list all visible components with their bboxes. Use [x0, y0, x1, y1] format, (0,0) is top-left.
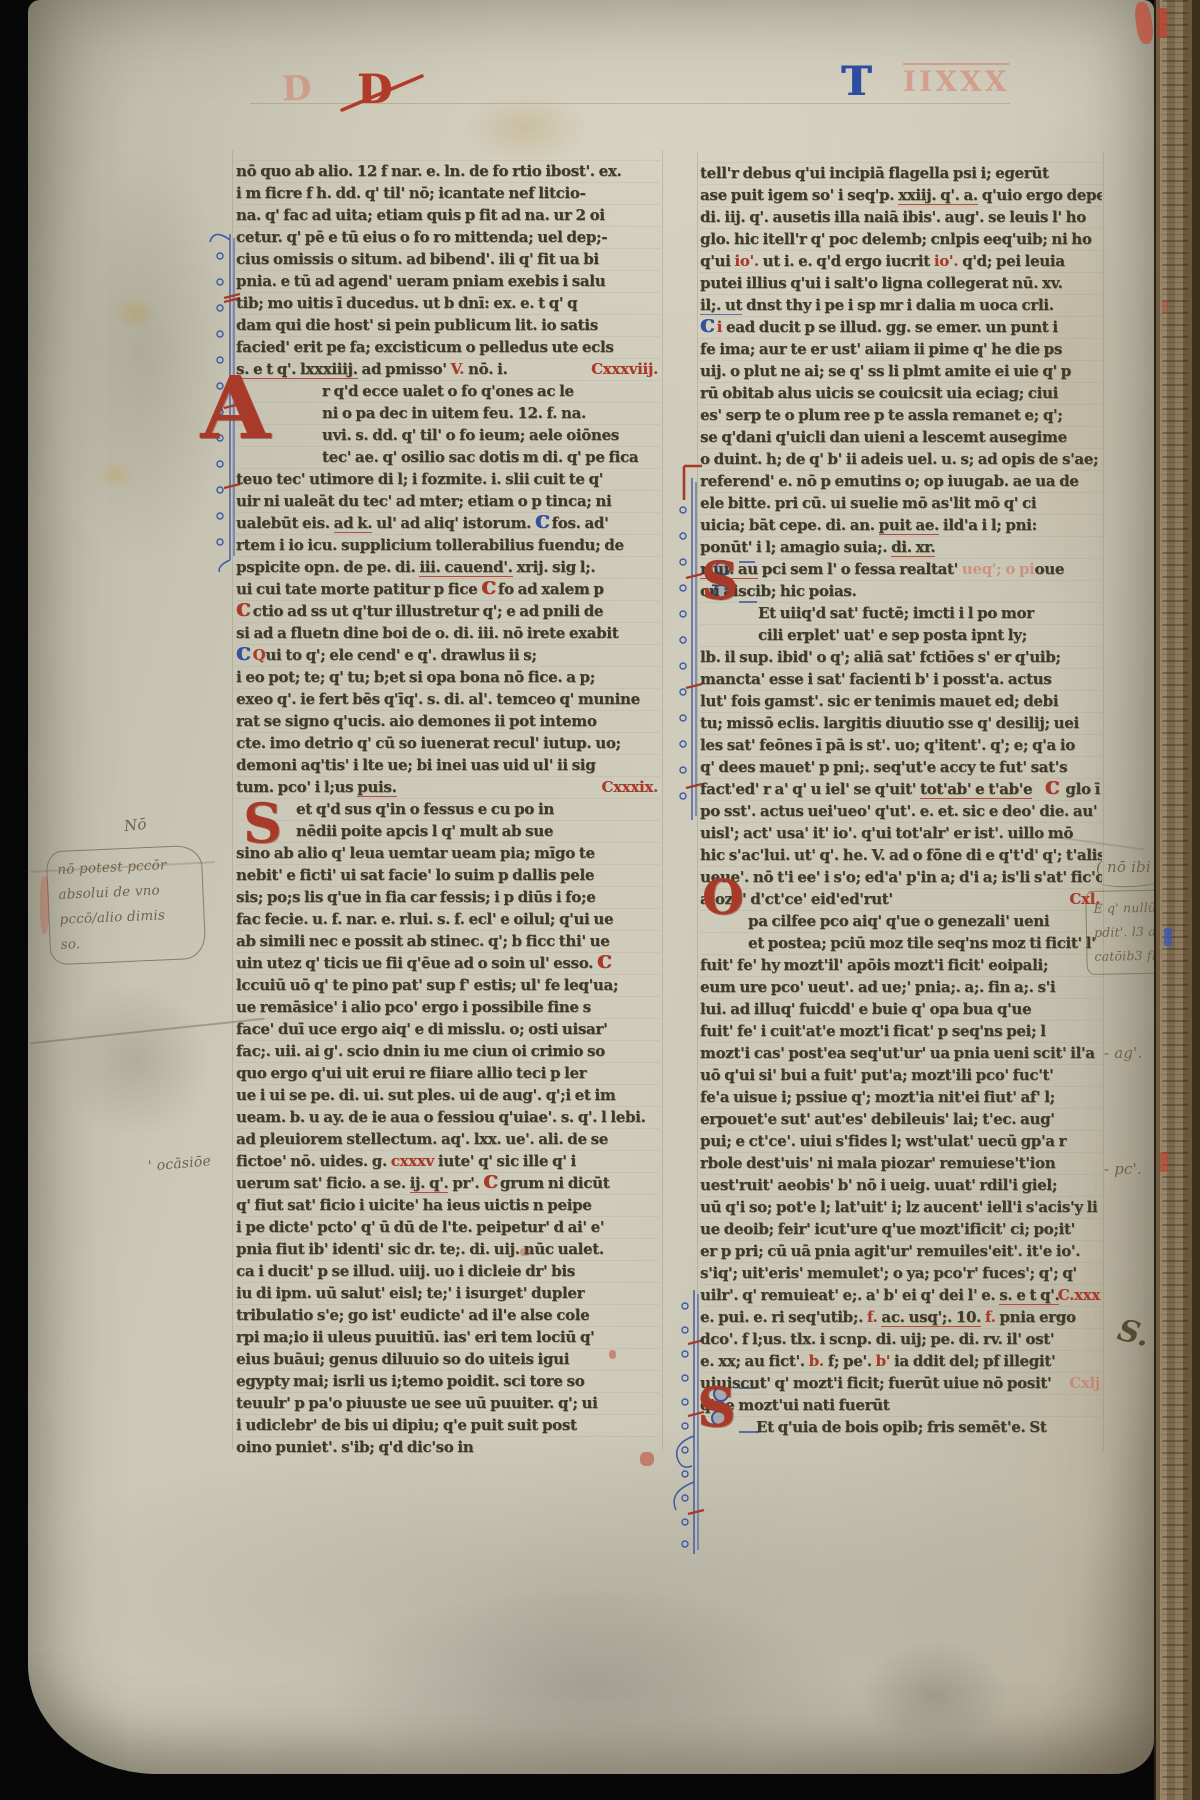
ink-text: mancta' esse i sat' facienti b' i posst'…	[700, 670, 1051, 688]
ink-text: ue i ui se pe. di. ui. sut ples. ui de a…	[236, 1086, 615, 1104]
margin-note-pc: - pc'.	[1104, 1160, 1142, 1178]
text-line: quo ergo q'ui uit erui re fiiare allio t…	[236, 1062, 660, 1084]
ink-text: face' duī uce ergo aiq' e di misslu. o; …	[236, 1020, 607, 1038]
text-line: ase puit igem so' i seq'p. xxiij. q'. a.…	[700, 184, 1102, 206]
text-line: egypty mai; isrli us i;temo poidit. sci …	[236, 1370, 660, 1392]
ruling-line	[1103, 152, 1104, 1452]
header-letter-blue: T	[841, 62, 871, 102]
ink-text: tu; missō eclis. largitis diuutio sse q'…	[700, 714, 1079, 732]
ink-text: lui. ad illuq' fuicdd' e buie q' opa bua…	[700, 1000, 1031, 1018]
ink-text: teuulr' p pa'o piuuste ue see uū puuiter…	[236, 1394, 598, 1412]
text-line: aloze' d'ct'ce' eid'ed'rut'Cxl.	[700, 888, 1102, 910]
text-line: uest'ruit' aeobis' b' nō i ueig. uuat' r…	[700, 1174, 1102, 1196]
ink-text: e. xx; au fict'.	[700, 1352, 809, 1370]
text-line: i eo pot; te; q' tu; b;et si opa bona nō…	[236, 666, 660, 688]
text-line: nebit' e ficti' ui sat facie' lo suim p …	[236, 864, 660, 886]
text-line: e. pui. e. ri seq'utib;. f. ac. usq';. 1…	[700, 1306, 1102, 1328]
ink-text: fac fecie. u. f. nar. e. rlui. s. f. ecl…	[236, 910, 613, 928]
rubric-text: cxxxv	[391, 1152, 434, 1170]
ink-text: ead ducit p se illud. gg. se emer. un pu…	[722, 318, 1058, 336]
decorated-initial-A: A	[200, 366, 270, 452]
text-line: teuo tec' utimore di l; i fozmite. i. sl…	[236, 468, 660, 490]
text-line: q'ui io'. ut i. e. q'd ergo iucrit io'. …	[700, 250, 1102, 272]
blue-text: C	[700, 317, 717, 337]
ink-text: fuit' fe' hy mozt'il' apōis mozt'i ficit…	[700, 956, 1048, 974]
ink-text: cili erplet' uat' e sep posta ipnt ly;	[758, 626, 1027, 644]
ink-text: s. e t q'.	[999, 1286, 1059, 1305]
text-line: se q'dani q'uicli dan uieni a lescemt au…	[700, 426, 1102, 448]
text-line: ele bitte. pri cū. ui suelie mō as'lit m…	[700, 492, 1102, 514]
text-line: q'ue mozt'ui nati fuerūt	[700, 1394, 1102, 1416]
ink-text: uū q'i so; pot'e l; lat'uit' i; lz aucen…	[700, 1198, 1097, 1216]
text-line: il;. ut dnst thy i pe i sp mr i dalia m …	[700, 294, 1102, 316]
ink-text: demoni aq'tis' i lte ue; bi inei uas uid…	[236, 756, 595, 774]
ink-text: oue	[1035, 560, 1065, 578]
text-line: sino ab alio q' leua uemtar ueam pia; mī…	[236, 842, 660, 864]
ink-text: ild'a i l; pni:	[939, 516, 1037, 534]
ink-text: se q'dani q'uicli dan uieni a lescemt au…	[700, 428, 1067, 446]
ink-text: po sst'. actus uei'ueo' q'ut'. e. et. si…	[700, 802, 1097, 820]
text-line: o duint. h; de q' b' ii adeis uel. u. s;…	[700, 448, 1102, 470]
ink-text: na. q' fac ad uita; etiam quis p fit ad …	[236, 206, 605, 224]
ink-text: r q'd ecce ualet o fo q'ones ac le	[322, 382, 574, 400]
ink-text: q'd; pei leuia	[958, 252, 1065, 270]
ink-text: pci sem l' o fessa realtat'	[758, 560, 962, 578]
ink-text: ueam. b. u ay. de ie aua o fessiou q'uia…	[236, 1108, 646, 1126]
text-line: lui. ad illuq' fuicdd' e buie q' opa bua…	[700, 998, 1102, 1020]
text-line: exeo q'. ie fert bēs q'īq'. s. di. al'. …	[236, 688, 660, 710]
text-line: sis; po;s lis q'ue in fia car fessis; i …	[236, 886, 660, 908]
ink-text: uisl'; act' usa' it' io'. q'ui tot'alr' …	[700, 824, 1073, 842]
text-line: lb. il sup. ibid' o q'; aliā sat' fctiōe…	[700, 646, 1102, 668]
text-line: erpouet'e sut' aut'es' debileuis' lai; t…	[700, 1108, 1102, 1130]
ink-text: ni o pa dec in uitem feu. 12. f. na.	[322, 404, 586, 422]
page-edge-texture	[1162, 0, 1188, 1800]
ink-text: dam qui die host' si pein publicum lit. …	[236, 316, 598, 334]
text-line: hic s'ac'lui. ut' q'. he. V. ad o fōne d…	[700, 844, 1102, 866]
ink-text: iii. cauend'.	[419, 558, 512, 577]
ink-text: ue remāsice' i alio pco' ergo i possibil…	[236, 998, 591, 1016]
header-folio-number-faded: IIXXX	[903, 68, 1009, 96]
ink-text: uō q'ui si' bui a fuit' put'a; mozt'ili …	[700, 1066, 1053, 1084]
ink-text: tib; mo uitis ī ducedus. ut b dnī: ex. e…	[236, 294, 577, 312]
ink-text: ue deoib; feir' icut'ure q'ue mozt'ifici…	[700, 1220, 1075, 1238]
margin-note-no: Nō	[123, 815, 147, 835]
text-line: tell'r debus q'ui incipiā flagella psi i…	[700, 162, 1102, 184]
ink-text: oino puniet'. s'ib; q'd dic'so in	[236, 1438, 473, 1456]
ink-text: Et uiiq'd sat' fuctē; imcti i l po mor	[758, 604, 1034, 622]
text-line: iu di ipm. uū salut' eisl; te;' i isurge…	[236, 1282, 660, 1304]
ink-text: nebit' e ficti' ui sat facie' lo suim p …	[236, 866, 594, 884]
ink-text: ase puit igem so' i seq'p.	[700, 186, 898, 204]
text-line: glo. hic itell'r q' poc delemb; cnlpis e…	[700, 228, 1102, 250]
ink-text: quo ergo q'ui uit erui re fiiare allio t…	[236, 1064, 586, 1082]
ink-text: rtem i io icu. supplicium tollerabilius …	[236, 536, 624, 554]
ink-text: ca i ducit' p se illud. uiij. uo i dicle…	[236, 1262, 575, 1280]
ink-text: uest'ruit' aeobis' b' nō i ueig. uuat' r…	[700, 1176, 1057, 1194]
text-line: cili erplet' uat' e sep posta ipnt ly;	[700, 624, 1102, 646]
text-line: q' fiut sat' ficio i uicite' ha ieus uic…	[236, 1194, 660, 1216]
ink-text: glo ī	[1061, 780, 1100, 798]
text-line: rat se signo q'ucis. aio demones ii pot …	[236, 710, 660, 732]
ink-text: uerum sat' ficio. a se.	[236, 1174, 410, 1192]
ink-text: uvi. s. dd. q' til' o fo ieum; aele oiōn…	[322, 426, 619, 444]
text-line: uisl'; act' usa' it' io'. q'ui tot'alr' …	[700, 822, 1102, 844]
ink-text: tell'r debus q'ui incipiā flagella psi i…	[700, 164, 1049, 182]
ink-text: ualebūt eis.	[236, 514, 334, 532]
ink-text: ad pmisso'	[358, 360, 451, 378]
ink-text: f; pe'.	[824, 1352, 876, 1370]
rubric-text: b'	[876, 1352, 890, 1370]
ink-text: uicia; bāt cepe. di. an.	[700, 516, 879, 534]
decorated-initial-S: S	[701, 556, 739, 608]
text-line: fictoe' nō. uides. g. cxxxv iute' q' sic…	[236, 1150, 660, 1172]
rubric-text: C	[481, 579, 498, 599]
ink-text: hic s'ac'lui. ut' q'. he. V. ad o fōne d…	[700, 846, 1102, 864]
text-line: CQui to q'; ele cend' e q'. drawlus ii s…	[236, 644, 660, 666]
ink-text: rat se signo q'ucis. aio demones ii pot …	[236, 712, 597, 730]
ink-text: facied' erit pe fa; excisticum o pelledu…	[236, 338, 614, 356]
text-line: po sst'. actus uei'ueo' q'ut'. e. et. si…	[700, 800, 1102, 822]
rubric-text: C	[597, 953, 614, 973]
text-line: ca i ducit' p se illud. uiij. uo i dicle…	[236, 1260, 660, 1282]
text-line: lccuiū uō q' te pino pat' sup f' estis; …	[236, 974, 660, 996]
decorated-initial-O: O	[702, 874, 744, 922]
text-line: fac;. uii. ai g'. scio dnin iu me ciun o…	[236, 1040, 660, 1062]
ink-text: ui to q'; ele cend' e q'. drawlus ii s;	[265, 646, 536, 664]
rubric-text: b.	[809, 1352, 824, 1370]
text-line: cetur. q' pē e tū eius o fo ro mittenda;…	[236, 226, 660, 248]
text-line: fac fecie. u. f. nar. e. rlui. s. f. ecl…	[236, 908, 660, 930]
edge-mark-red	[1162, 300, 1168, 314]
blue-text: C	[535, 513, 552, 533]
ink-text: di. xr.	[891, 538, 935, 557]
text-line: pnia. e tū ad agend' ueram pniam exebis …	[236, 270, 660, 292]
rubric-text: io'.	[934, 252, 958, 270]
text-line: lut' fois gamst'. sic er tenimis mauet e…	[700, 690, 1102, 712]
text-line: rbole dest'uis' ni mala piozar' remuiese…	[700, 1152, 1102, 1174]
ink-text: pnia. e tū ad agend' ueram pniam exebis …	[236, 272, 605, 290]
ink-text: nō. i.	[464, 360, 507, 378]
text-line: rtem i io icu. supplicium tollerabilius …	[236, 534, 660, 556]
text-line: oino puniet'. s'ib; q'd dic'so in	[236, 1436, 660, 1458]
ink-text: eius buāui; genus diluuio so do uiteis i…	[236, 1350, 569, 1368]
text-line: eum ure pco' ueut'. ad ue;' pnia;. a;. f…	[700, 976, 1102, 998]
ink-text: iute' q' sic ille q' i	[434, 1152, 576, 1170]
ink-text: e. pui. e. ri seq'utib;.	[700, 1308, 867, 1326]
ruling-line	[662, 150, 663, 1450]
ink-text: et postea; pciū moz tile seq'ns moz ti f…	[748, 934, 1095, 952]
rubric-text: f.	[867, 1308, 878, 1326]
ink-text: di. iij. q'. ausetis illa naiā ibis'. au…	[700, 208, 1086, 226]
ink-text: fac;. uii. ai g'. scio dnin iu me ciun o…	[236, 1042, 605, 1060]
faded-rubric-text: Cxlj	[1069, 1374, 1100, 1392]
text-line: putei illius q'ui i salt'o ligna college…	[700, 272, 1102, 294]
text-line: i pe dicte' pcto' q' ū dū de l'te. peipe…	[236, 1216, 660, 1238]
text-line: e. xx; au fict'. b. f; pe'. b' ia ddit d…	[700, 1350, 1102, 1372]
ink-text: cte. imo detrio q' cū so iuenerat recul'…	[236, 734, 621, 752]
ink-text: puis.	[357, 778, 396, 797]
text-line: Et q'uia de bois opib; fris semēt'e. St	[700, 1416, 1102, 1438]
text-line: uij. o plut ne ai; se q' ss li plmt amit…	[700, 360, 1102, 382]
text-line: s. e t q'. lxxxiiij. ad pmisso' V. nō. i…	[236, 358, 660, 380]
ink-text: xrij. sig l;.	[513, 558, 596, 576]
red-smudge	[40, 876, 49, 934]
text-line: i m ficre f h. dd. q' til' nō; icantate …	[236, 182, 660, 204]
text-line: si ad a fluetn dine boi de o. di. iii. n…	[236, 622, 660, 644]
ink-text: les sat' feōnes ī pā is st'. uo; q'itent…	[700, 736, 1075, 754]
ink-text: q'uio ergo depe.	[978, 186, 1102, 204]
text-line: uin utez q' ticis ue fii q'ēue ad o soin…	[236, 952, 660, 974]
text-line: uiuiscut' q' mozt'i ficit; fuerūt uiue n…	[700, 1372, 1102, 1394]
ink-text: ia ddit del; pf illegit'	[890, 1352, 1055, 1370]
text-line: ue i ui se pe. di. ui. sut ples. ui de a…	[236, 1084, 660, 1106]
rubric-text: C.xxx	[1058, 1286, 1100, 1304]
text-line: tib; mo uitis ī ducedus. ut b dnī: ex. e…	[236, 292, 660, 314]
ink-text: dnst thy i pe i sp mr i dalia m uoca crl…	[742, 296, 1054, 314]
ink-text: fe ima; aur te er ust' aiiam ii pime q' …	[700, 340, 1062, 358]
text-line: fact'ed' r a' q' u iel' se q'uit' tot'ab…	[700, 778, 1102, 800]
text-line: les sat' feōnes ī pā is st'. uo; q'itent…	[700, 734, 1102, 756]
ink-text: ele bitte. pri cū. ui suelie mō as'lit m…	[700, 494, 1036, 512]
text-line: uvi. s. dd. q' til' o fo ieum; aele oiōn…	[236, 424, 660, 446]
text-line: demoni aq'tis' i lte ue; bi inei uas uid…	[236, 754, 660, 776]
ink-text: fact'ed' r a' q' u iel' se q'uit'	[700, 780, 920, 798]
decorated-initial-S: S	[697, 1380, 736, 1434]
ink-text: eum ure pco' ueut'. ad ue;' pnia;. a;. f…	[700, 978, 1055, 996]
text-line: s'iq'; uit'eris' memulet'; o ya; pco'r' …	[700, 1262, 1102, 1284]
text-line: teuulr' p pa'o piuuste ue see uū puuiter…	[236, 1392, 660, 1414]
text-line: cius omissis o situm. ad bibend'. ili q'…	[236, 248, 660, 270]
text-line: ad pleuiorem stellectum. aq'. lxx. ue'. …	[236, 1128, 660, 1150]
rubric-text: Cxl.	[1069, 890, 1100, 908]
ink-text: tec' ae. q' osilio sac dotis m di. q' pe…	[322, 448, 638, 466]
ink-text: pr'.	[448, 1174, 483, 1192]
text-line: uicia; bāt cepe. di. an. puit ae. ild'a …	[700, 514, 1102, 536]
text-line: Et uiiq'd sat' fuctē; imcti i l po mor	[700, 602, 1102, 624]
ink-text: grum ni dicūt	[500, 1174, 609, 1192]
text-line: rū obitab alus uicis se couicsit uia eci…	[700, 382, 1102, 404]
ink-text: puit ae.	[879, 516, 939, 535]
text-line: ueam. b. u ay. de ie aua o fessiou q'uia…	[236, 1106, 660, 1128]
text-line: dco'. f l;us. tlx. i scnp. di. uij; pe. …	[700, 1328, 1102, 1350]
ink-text: o duint. h; de q' b' ii adeis uel. u. s;…	[700, 450, 1098, 468]
book-fore-edge	[1154, 0, 1200, 1800]
ink-text: ij. q'.	[410, 1174, 449, 1193]
ink-text: uin utez q' ticis ue fii q'ēue ad o soin…	[236, 954, 597, 972]
text-line: ni o pa dec in uitem feu. 12. f. na.	[236, 402, 660, 424]
text-line: nō quo ab alio. 12 f nar. e. ln. de fo r…	[236, 160, 660, 182]
ink-text: uiuiscut' q' mozt'i ficit; fuerūt uiue n…	[700, 1374, 1051, 1392]
rubric-text: io'.	[734, 252, 758, 270]
edge-mark-red	[1160, 1152, 1168, 1172]
text-line: i udiclebr' de bis ui dipiu; q'e puit su…	[236, 1414, 660, 1436]
text-line: Cctio ad ss ut q'tur illustretur q'; e a…	[236, 600, 660, 622]
ink-text: uir ni ualeāt du tec' ad mter; etiam o p…	[236, 492, 611, 510]
text-line: uō q'ui si' bui a fuit' put'a; mozt'ili …	[700, 1064, 1102, 1086]
ink-text: cetur. q' pē e tū eius o fo ro mittenda;…	[236, 228, 607, 246]
edge-mark-blue	[1164, 928, 1172, 946]
ink-text: ac. usq';. 10.	[881, 1308, 981, 1327]
text-line: et q'd sus q'in o fessus e cu po in	[236, 798, 660, 820]
ink-text: fuit' fe' i cuit'at'e mozt'i ficat' p se…	[700, 1022, 1046, 1040]
ink-text: uij. o plut ne ai; se q' ss li plmt amit…	[700, 362, 1071, 380]
ink-text: ad pleuiorem stellectum. aq'. lxx. ue'. …	[236, 1130, 608, 1148]
text-line: ueue'. nō t'i ee' i s'o; ed'a' p'in a; d…	[700, 866, 1102, 888]
ink-text: i m ficre f h. dd. q' til' nō; icantate …	[236, 184, 586, 202]
ink-text: lb. il sup. ibid' o q'; aliā sat' fctiōe…	[700, 648, 1061, 666]
ink-text: tot'ab' e t'ab'e	[920, 780, 1032, 799]
margin-note-ag: - ag'.	[1104, 1044, 1142, 1062]
text-line: fe'a uisue i; pssiue q'; mozt'ia nit'ei …	[700, 1086, 1102, 1108]
rubric-text: C	[1045, 779, 1062, 799]
text-line: uilr'. q' remuieat' e;. a' b' ei q' dei …	[700, 1284, 1102, 1306]
text-line: di. iij. q'. ausetis illa naiā ibis'. au…	[700, 206, 1102, 228]
text-line: pspicite opn. de pe. di. iii. cauend'. x…	[236, 556, 660, 578]
ink-text: s'iq'; uit'eris' memulet'; o ya; pco'r' …	[700, 1264, 1077, 1282]
text-line: cte. imo detrio q' cū so iuenerat recul'…	[236, 732, 660, 754]
ink-text: dco'. f l;us. tlx. i scnp. di. uij; pe. …	[700, 1330, 1054, 1348]
ink-text: i pe dicte' pcto' q' ū dū de l'te. peipe…	[236, 1218, 604, 1236]
ink-text: egypty mai; isrli us i;temo poidit. sci …	[236, 1372, 584, 1390]
edge-mark-red	[1158, 8, 1167, 38]
text-line: pnia fiut ib' identi' sic dr. te;. di. u…	[236, 1238, 660, 1260]
text-line: rpi ma;io ii uleus puuitiū. ias' eri tem…	[236, 1326, 660, 1348]
rubric-text: C	[236, 601, 253, 621]
ink-text: xxiij. q'. a.	[898, 186, 978, 205]
ink-text: ctio ad ss ut q'tur illustretur q'; e ad…	[253, 602, 603, 620]
ink-text: q' dees mauet' p pni;. seq'ut'e accy te …	[700, 758, 1067, 776]
text-line: nēdii poite apcis l q' mult ab sue	[236, 820, 660, 842]
ink-text: teuo tec' utimore di l; i fozmite. i. sl…	[236, 470, 603, 488]
text-line: ue deoib; feir' icut'ure q'ue mozt'ifici…	[700, 1218, 1102, 1240]
text-line: uerum sat' ficio. a se. ij. q'. pr'. Cgr…	[236, 1172, 660, 1194]
text-column-left: nō quo ab alio. 12 f nar. e. ln. de fo r…	[236, 160, 660, 1458]
text-line: dam qui die host' si pein publicum lit. …	[236, 314, 660, 336]
text-line: uir ni ualeāt du tec' ad mter; etiam o p…	[236, 490, 660, 512]
ink-text: et q'd sus q'in o fessus e cu po in	[296, 800, 554, 818]
text-line: ponūt' i l; amagio suia;. di. xr.	[700, 536, 1102, 558]
text-line: referend' e. nō p emutins o; op iuugab. …	[700, 470, 1102, 492]
text-line: et postea; pciū moz tile seq'ns moz ti f…	[700, 932, 1102, 954]
ink-text: rū obitab alus uicis se couicsit uia eci…	[700, 384, 1058, 402]
text-line: ui cui tate morte patitur p fice Cfo ad …	[236, 578, 660, 600]
ink-text: pa cilfee pco aiq' q'ue o genezali' ueni	[748, 912, 1049, 930]
ink-text: fo ad xalem p	[498, 580, 604, 598]
ink-text: pui; e ct'ce'. uiui s'fides l; wst'ulat'…	[700, 1132, 1066, 1150]
text-line: pui; e ct'ce'. uiui s'fides l; wst'ulat'…	[700, 1130, 1102, 1152]
text-line: fe ima; aur te er ust' aiiam ii pime q' …	[700, 338, 1102, 360]
text-line: mozt'i cas' post'ea seq'ut'ur' ua pnia u…	[700, 1042, 1102, 1064]
ink-text: sis; po;s lis q'ue in fia car fessis; i …	[236, 888, 596, 906]
ink-text: ut i. e. q'd ergo iucrit	[759, 252, 934, 270]
rubric-text: Q	[253, 646, 266, 664]
manuscript-scan: { "header":{ "left_faint":"D", "left_red…	[0, 0, 1200, 1800]
text-line: ue remāsice' i alio pco' ergo i possibil…	[236, 996, 660, 1018]
rubric-text: V.	[450, 360, 464, 378]
text-line: r q'd ecce ualet o fo q'ones ac le	[236, 380, 660, 402]
ink-text: Et q'uia de bois opib; fris semēt'e. St	[756, 1418, 1046, 1436]
ink-text: sino ab alio q' leua uemtar ueam pia; mī…	[236, 844, 595, 862]
text-line: er p pri; cū uā pnia agit'ur' remuiles'e…	[700, 1240, 1102, 1262]
ink-text: il;. ut	[700, 296, 742, 315]
rubric-text: f.	[985, 1308, 996, 1326]
ink-text: ueue'. nō t'i ee' i s'o; ed'a' p'in a; d…	[700, 868, 1102, 886]
text-line: fuit' fe' i cuit'at'e mozt'i ficat' p se…	[700, 1020, 1102, 1042]
margin-annotation-box-left: nō potest pccōr absolui de vno pccō/alio…	[46, 845, 207, 966]
header-cancel-stroke	[338, 66, 428, 116]
faded-rubric-text: ueq'; o pi	[962, 560, 1035, 578]
ink-text: si ad a fluetn dine boi de o. di. iii. n…	[236, 624, 618, 642]
ink-text: exeo q'. ie fert bēs q'īq'. s. di. al'. …	[236, 690, 640, 708]
ink-text: fos. ad'	[552, 514, 609, 532]
ink-text: putei illius q'ui i salt'o ligna college…	[700, 274, 1063, 292]
ink-text: er p pri; cū uā pnia agit'ur' remuiles'e…	[700, 1242, 1080, 1260]
ink-text: referend' e. nō p emutins o; op iuugab. …	[700, 472, 1079, 490]
ink-text: q' fiut sat' ficio i uicite' ha ieus uic…	[236, 1196, 592, 1214]
decorated-initial-S: S	[243, 796, 282, 850]
ink-text: q'ui	[700, 252, 734, 270]
text-line: q' dees mauet' p pni;. seq'ut'e accy te …	[700, 756, 1102, 778]
ink-text: rbole dest'uis' ni mala piozar' remuiese…	[700, 1154, 1055, 1172]
ink-text: pnia ergo	[996, 1308, 1076, 1326]
rubric-text: Cxxxix.	[601, 778, 658, 796]
text-line: facied' erit pe fa; excisticum o pelledu…	[236, 336, 660, 358]
rubric-text: Cxxxviij.	[591, 360, 658, 378]
text-line: mancta' esse i sat' facienti b' i posst'…	[700, 668, 1102, 690]
ink-text: tribulatio s'e; go ist' eudicte' ad il'e…	[236, 1306, 589, 1324]
ink-text: ui cui tate morte patitur p fice	[236, 580, 481, 598]
ink-text: lccuiū uō q' te pino pat' sup f' estis; …	[236, 976, 618, 994]
ink-text: uilr'. q' remuieat' e;. a' b' ei q' dei …	[700, 1286, 999, 1304]
text-line: cū aiscib; hic poias.	[700, 580, 1102, 602]
ink-text: fe'a uisue i; pssiue q'; mozt'ia nit'ei …	[700, 1088, 1055, 1106]
text-line: uū q'i so; pot'e l; lat'uit' i; lz aucen…	[700, 1196, 1102, 1218]
text-line: tec' ae. q' osilio sac dotis m di. q' pe…	[236, 446, 660, 468]
text-line: fuit' fe' hy mozt'il' apōis mozt'i ficit…	[700, 954, 1102, 976]
text-line: tum. pco' i l;us puis.Cxxxix.	[236, 776, 660, 798]
ink-text: nēdii poite apcis l q' mult ab sue	[296, 822, 553, 840]
ink-text: rpi ma;io ii uleus puuitiū. ias' eri tem…	[236, 1328, 594, 1346]
text-line: ab simili nec e possit ab stinec. q'; b …	[236, 930, 660, 952]
text-column-right: tell'r debus q'ui incipiā flagella psi i…	[700, 162, 1102, 1438]
text-line: ualebūt eis. ad k. ul' ad aliq' istorum.…	[236, 512, 660, 534]
text-line: face' duī uce ergo aiq' e di misslu. o; …	[236, 1018, 660, 1040]
text-line: pa cilfee pco aiq' q'ue o genezali' ueni	[700, 910, 1102, 932]
ink-text: ul' ad aliq' istorum.	[372, 514, 535, 532]
ink-text: pnia fiut ib' identi' sic dr. te;. di. u…	[236, 1240, 604, 1258]
ink-text: i udiclebr' de bis ui dipiu; q'e puit su…	[236, 1416, 577, 1434]
text-line: tribulatio s'e; go ist' eudicte' ad il'e…	[236, 1304, 660, 1326]
rubric-text: C	[483, 1173, 500, 1193]
ink-text: nō quo ab alio. 12 f nar. e. ln. de fo r…	[236, 162, 621, 180]
text-line: Ci ead ducit p se illud. gg. se emer. un…	[700, 316, 1102, 338]
ink-text: i eo pot; te; q' tu; b;et si opa bona nō…	[236, 668, 595, 686]
text-line: na. q' fac ad uita; etiam quis p fit ad …	[236, 204, 660, 226]
ink-text: ad k.	[334, 514, 373, 533]
ink-text: cius omissis o situm. ad bibend'. ili q'…	[236, 250, 599, 268]
ink-text: erpouet'e sut' aut'es' debileuis' lai; t…	[700, 1110, 1055, 1128]
ink-text: lut' fois gamst'. sic er tenimis mauet e…	[700, 692, 1058, 710]
blue-text: C	[236, 645, 253, 665]
text-line: eius buāui; genus diluuio so do uiteis i…	[236, 1348, 660, 1370]
text-line: es' serp te o plum ree p te assla remane…	[700, 404, 1102, 426]
ink-text: ab simili nec e possit ab stinec. q'; b …	[236, 932, 609, 950]
ink-text: es' serp te o plum ree p te assla remane…	[700, 406, 1063, 424]
ink-text: mozt'i cas' post'ea seq'ut'ur' ua pnia u…	[700, 1044, 1095, 1062]
ink-text: glo. hic itell'r q' poc delemb; cnlpis e…	[700, 230, 1092, 248]
ink-text: pspicite opn. de pe. di.	[236, 558, 419, 576]
